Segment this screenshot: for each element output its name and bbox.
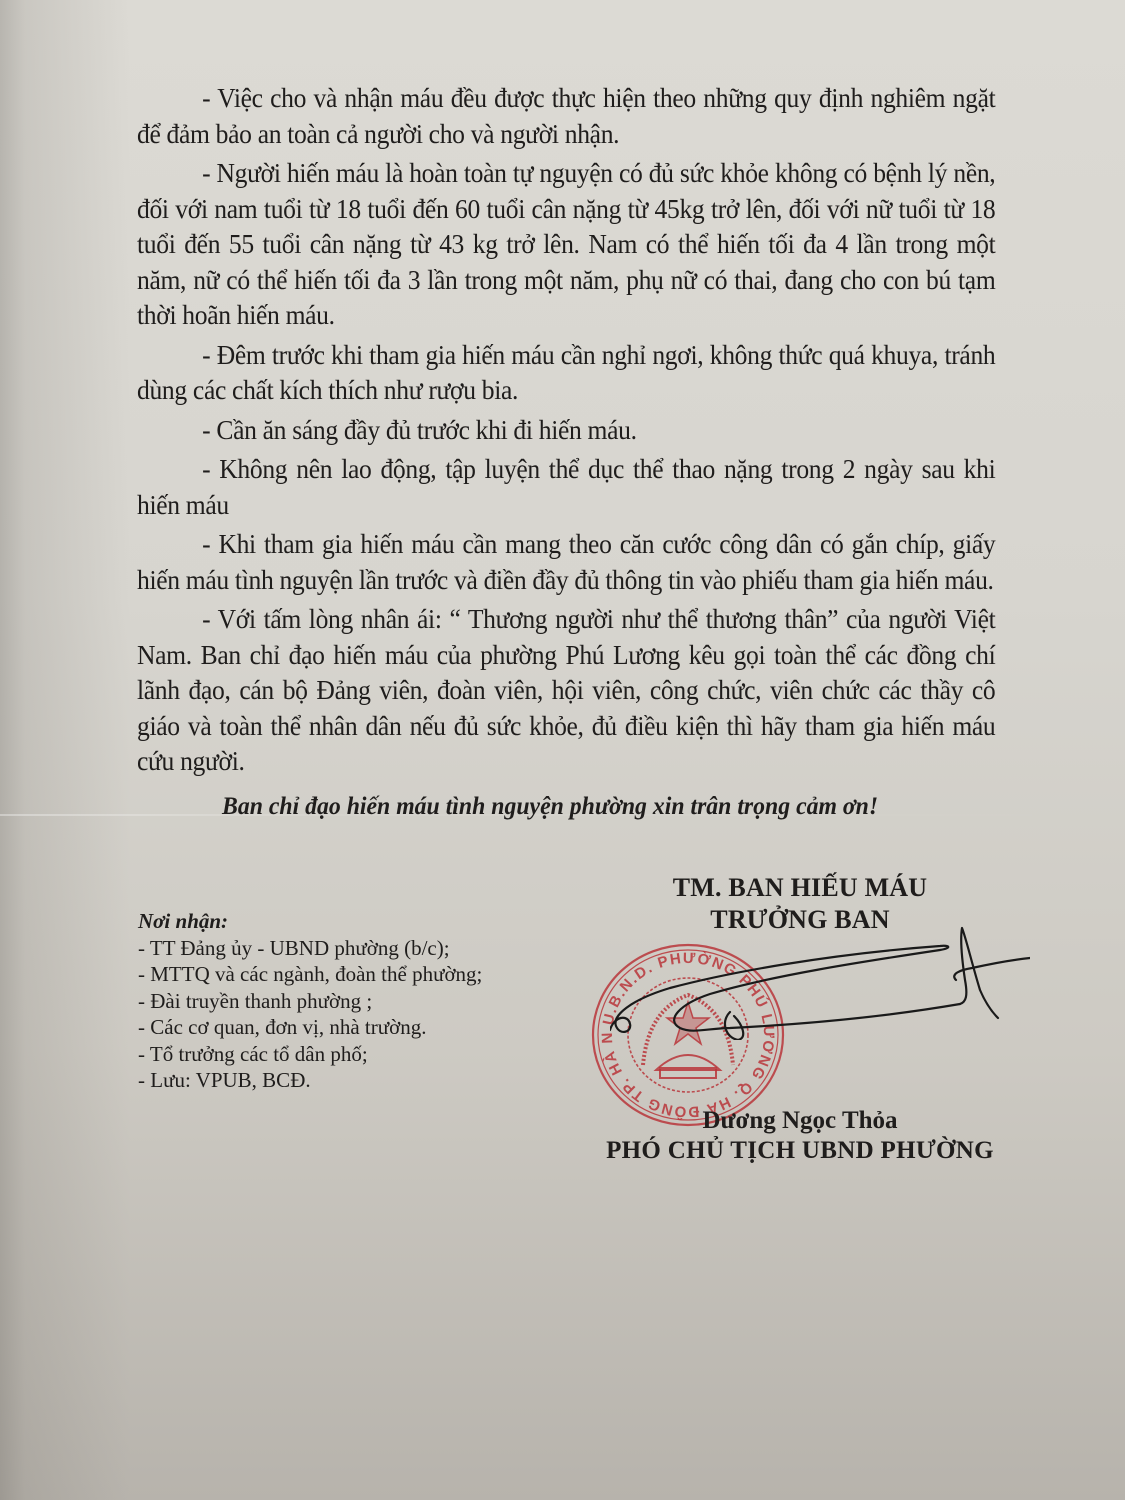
- signer-org: TM. BAN HIẾU MÁU: [580, 872, 1020, 904]
- closing-thanks: Ban chỉ đạo hiến máu tình nguyện phường …: [222, 793, 878, 821]
- paragraph-donor-eligibility: - Người hiến máu là hoàn toàn tự nguyện …: [137, 155, 995, 333]
- signer-block: Dương Ngọc Thỏa PHÓ CHỦ TỊCH UBND PHƯỜNG: [580, 1106, 1020, 1166]
- paragraph-no-exercise: - Không nên lao động, tập luyện thể dục …: [137, 451, 995, 522]
- paragraph-call-to-action: - Với tấm lòng nhân ái: “ Thương người n…: [137, 601, 995, 779]
- recipient-item: - Tổ trưởng các tổ dân phố;: [138, 1041, 482, 1068]
- paragraph-bring-id: - Khi tham gia hiến máu cần mang theo că…: [137, 526, 995, 597]
- signer-name: Dương Ngọc Thỏa: [580, 1106, 1020, 1136]
- recipients-block: Nơi nhận: - TT Đảng ủy - UBND phường (b/…: [138, 908, 482, 1094]
- recipients-title: Nơi nhận:: [138, 908, 482, 935]
- recipient-item: - Các cơ quan, đơn vị, nhà trường.: [138, 1014, 482, 1041]
- recipient-item: - Lưu: VPUB, BCĐ.: [138, 1067, 482, 1094]
- signer-position: PHÓ CHỦ TỊCH UBND PHƯỜNG: [580, 1136, 1020, 1166]
- recipient-item: - TT Đảng ủy - UBND phường (b/c);: [138, 935, 482, 962]
- recipient-item: - MTTQ và các ngành, đoàn thể phường;: [138, 961, 482, 988]
- recipients-list: - TT Đảng ủy - UBND phường (b/c); - MTTQ…: [138, 935, 482, 1094]
- recipient-item: - Đài truyền thanh phường ;: [138, 988, 482, 1015]
- paragraph-rest-before: - Đêm trước khi tham gia hiến máu cần ng…: [137, 337, 995, 408]
- paragraph-blood-safety: - Việc cho và nhận máu đều được thực hiệ…: [137, 80, 995, 151]
- document-body: - Việc cho và nhận máu đều được thực hiệ…: [137, 80, 995, 779]
- paragraph-breakfast: - Cần ăn sáng đầy đủ trước khi đi hiến m…: [137, 412, 995, 448]
- handwritten-signature-icon: [610, 920, 1030, 1040]
